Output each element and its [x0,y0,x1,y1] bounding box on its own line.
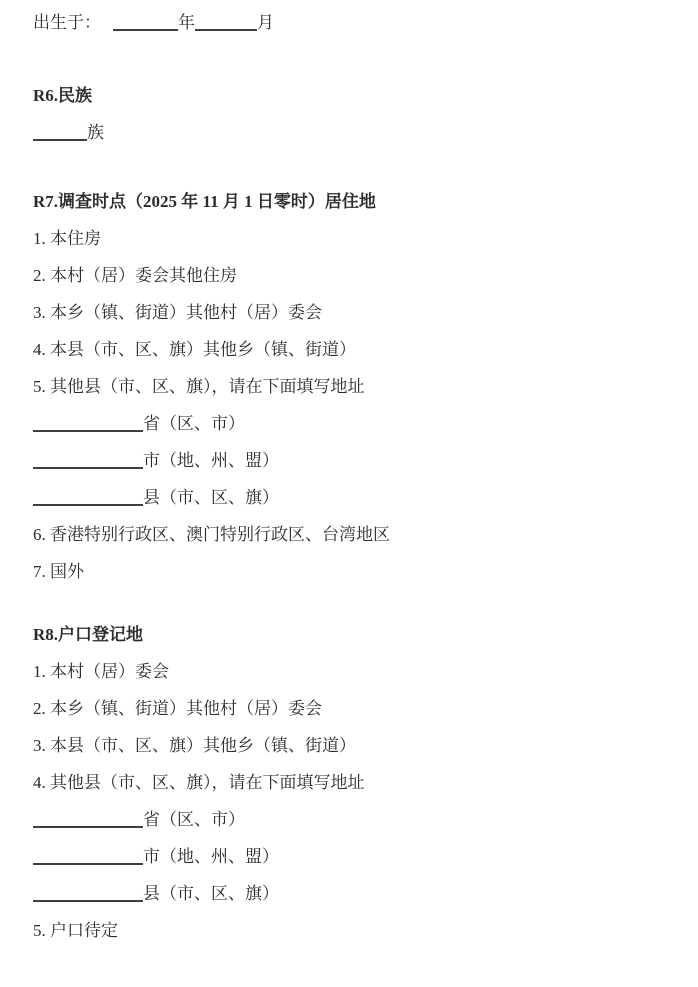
r8-province-blank-field [33,813,143,828]
r8-address-county-line: 县（市、区、旗） [33,875,678,912]
r7-province-label: 省（区、市） [143,414,245,433]
r8-option-4: 4. 其他县（市、区、旗），请在下面填写地址 [33,764,678,801]
birth-year-label: 年 [178,13,195,32]
r7-county-label: 县（市、区、旗） [143,488,279,507]
r7-heading: R7.调查时点（2025 年 11 月 1 日零时）居住地 [33,183,678,220]
r8-province-label: 省（区、市） [143,810,245,829]
r8-option-5: 5. 户口待定 [33,912,678,949]
r7-province-blank-field [33,417,143,432]
r7-option-2: 2. 本村（居）委会其他住房 [33,257,678,294]
ethnicity-blank-field [33,126,87,141]
section-r8: R8.户口登记地 1. 本村（居）委会 2. 本乡（镇、街道）其他村（居）委会 … [33,616,678,949]
r8-county-label: 县（市、区、旗） [143,884,279,903]
birth-date-line: 出生于：年月 [33,4,678,41]
r7-option-5: 5. 其他县（市、区、旗），请在下面填写地址 [33,368,678,405]
r8-county-blank-field [33,887,143,902]
r7-option-4: 4. 本县（市、区、旗）其他乡（镇、街道） [33,331,678,368]
birth-month-blank-field [195,16,257,31]
r7-option-1: 1. 本住房 [33,220,678,257]
r6-ethnicity-blank-line: 族 [33,114,678,151]
r8-address-city-line: 市（地、州、盟） [33,838,678,875]
r8-address-province-line: 省（区、市） [33,801,678,838]
section-r7: R7.调查时点（2025 年 11 月 1 日零时）居住地 1. 本住房 2. … [33,183,678,590]
r7-option-3: 3. 本乡（镇、街道）其他村（居）委会 [33,294,678,331]
r7-address-province-line: 省（区、市） [33,405,678,442]
r7-address-city-line: 市（地、州、盟） [33,442,678,479]
r8-city-blank-field [33,850,143,865]
r8-heading: R8.户口登记地 [33,616,678,653]
r7-city-label: 市（地、州、盟） [143,451,279,470]
r6-heading: R6.民族 [33,77,678,114]
r7-county-blank-field [33,491,143,506]
ethnicity-label: 族 [87,123,104,142]
document-page: 出生于：年月 R6.民族 族 R7.调查时点（2025 年 11 月 1 日零时… [0,0,698,987]
r8-option-2: 2. 本乡（镇、街道）其他村（居）委会 [33,690,678,727]
r8-option-3: 3. 本县（市、区、旗）其他乡（镇、街道） [33,727,678,764]
r7-option-7: 7. 国外 [33,553,678,590]
birth-month-label: 月 [257,13,274,32]
r8-option-1: 1. 本村（居）委会 [33,653,678,690]
r7-option-6: 6. 香港特别行政区、澳门特别行政区、台湾地区 [33,516,678,553]
r7-address-county-line: 县（市、区、旗） [33,479,678,516]
r7-city-blank-field [33,454,143,469]
birth-year-blank-field [113,16,178,31]
birth-prefix: 出生于： [33,13,101,32]
section-r6: R6.民族 族 [33,77,678,151]
r8-city-label: 市（地、州、盟） [143,847,279,866]
